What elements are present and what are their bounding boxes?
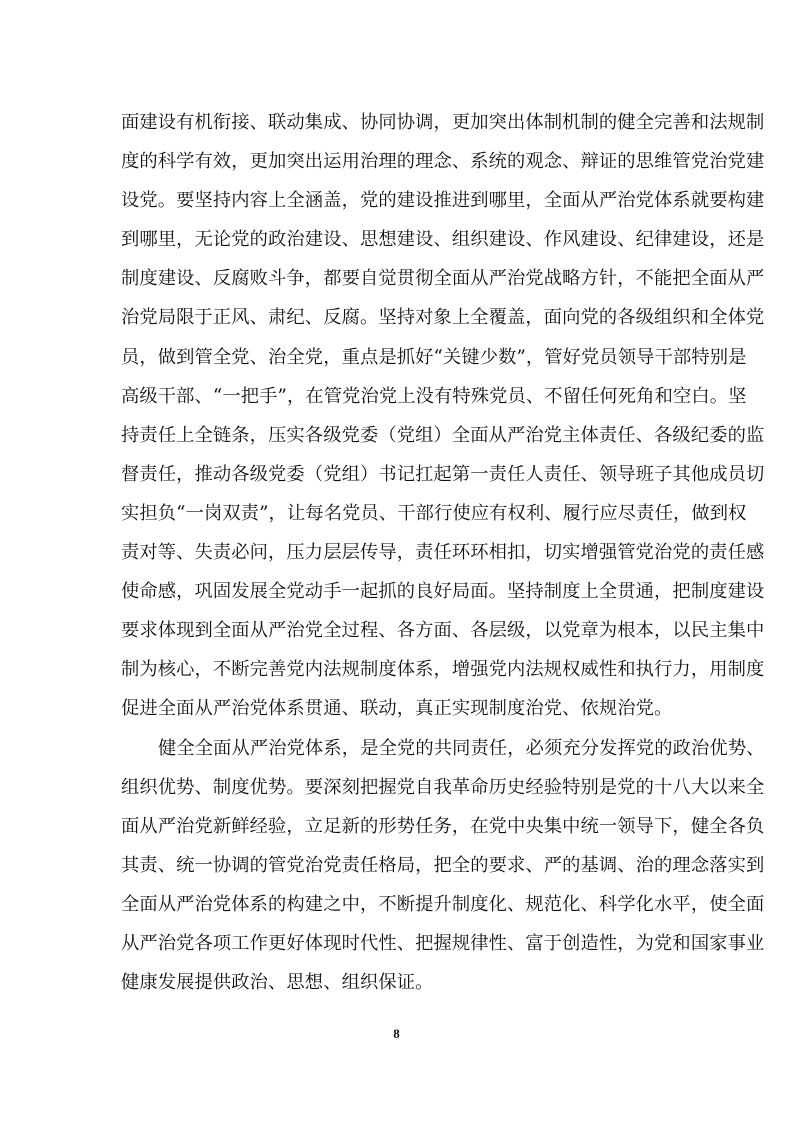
paragraph-line: 治党局限于正风、肃纪、反腐。坚持对象上全覆盖，面向党的各级组织和全体党 <box>121 298 681 337</box>
paragraph-line: 度的科学有效，更加突出运用治理的理念、系统的观念、辩证的思维管党治党建 <box>121 142 681 181</box>
paragraph-line: 从严治党各项工作更好体现时代性、把握规律性、富于创造性，为党和国家事业 <box>121 924 681 963</box>
paragraph-line: 制为核心，不断完善党内法规制度体系，增强党内法规权威性和执行力，用制度 <box>121 650 681 689</box>
paragraph-line: 全面从严治党体系的构建之中，不断提升制度化、规范化、科学化水平，使全面 <box>121 885 681 924</box>
paragraph-line: 设党。要坚持内容上全涵盖，党的建设推进到哪里，全面从严治党体系就要构建 <box>121 181 681 220</box>
paragraph-line: 高级干部、“一把手”，在管党治党上没有特殊党员、不留任何死角和空白。坚 <box>121 377 681 416</box>
paragraph-line: 制度建设、反腐败斗争，都要自觉贯彻全面从严治党战略方针，不能把全面从严 <box>121 259 681 298</box>
page-number: 8 <box>0 1026 793 1042</box>
paragraph-line: 督责任，推动各级党委（党组）书记扛起第一责任人责任、领导班子其他成员切 <box>121 455 681 494</box>
paragraph-line: 其责、统一协调的管党治党责任格局，把全的要求、严的基调、治的理念落实到 <box>121 846 681 885</box>
paragraph-line: 实担负“一岗双责”，让每名党员、干部行使应有权利、履行应尽责任，做到权 <box>121 494 681 533</box>
paragraph-2: 健全全面从严治党体系，是全党的共同责任，必须充分发挥党的政治优势、 组织优势、制… <box>121 729 681 1003</box>
document-page: 面建设有机衔接、联动集成、协同协调，更加突出体制机制的健全完善和法规制 度的科学… <box>0 0 793 1122</box>
paragraph-line: 面建设有机衔接、联动集成、协同协调，更加突出体制机制的健全完善和法规制 <box>121 103 681 142</box>
paragraph-line: 要求体现到全面从严治党全过程、各方面、各层级，以党章为根本，以民主集中 <box>121 611 681 650</box>
body-text: 面建设有机衔接、联动集成、协同协调，更加突出体制机制的健全完善和法规制 度的科学… <box>121 103 681 1002</box>
paragraph-line: 员，做到管全党、治全党，重点是抓好“关键少数”，管好党员领导干部特别是 <box>121 338 681 377</box>
paragraph-1: 面建设有机衔接、联动集成、协同协调，更加突出体制机制的健全完善和法规制 度的科学… <box>121 103 681 729</box>
paragraph-line: 健康发展提供政治、思想、组织保证。 <box>121 963 681 1002</box>
paragraph-first-line: 健全全面从严治党体系，是全党的共同责任，必须充分发挥党的政治优势、 <box>121 729 681 768</box>
paragraph-line: 使命感，巩固发展全党动手一起抓的良好局面。坚持制度上全贯通，把制度建设 <box>121 572 681 611</box>
paragraph-line: 促进全面从严治党体系贯通、联动，真正实现制度治党、依规治党。 <box>121 689 681 728</box>
paragraph-line: 面从严治党新鲜经验，立足新的形势任务，在党中央集中统一领导下，健全各负 <box>121 807 681 846</box>
paragraph-line: 持责任上全链条，压实各级党委（党组）全面从严治党主体责任、各级纪委的监 <box>121 416 681 455</box>
paragraph-line: 责对等、失责必问，压力层层传导，责任环环相扣，切实增强管党治党的责任感 <box>121 533 681 572</box>
paragraph-line: 到哪里，无论党的政治建设、思想建设、组织建设、作风建设、纪律建设，还是 <box>121 220 681 259</box>
paragraph-line: 组织优势、制度优势。要深刻把握党自我革命历史经验特别是党的十八大以来全 <box>121 768 681 807</box>
